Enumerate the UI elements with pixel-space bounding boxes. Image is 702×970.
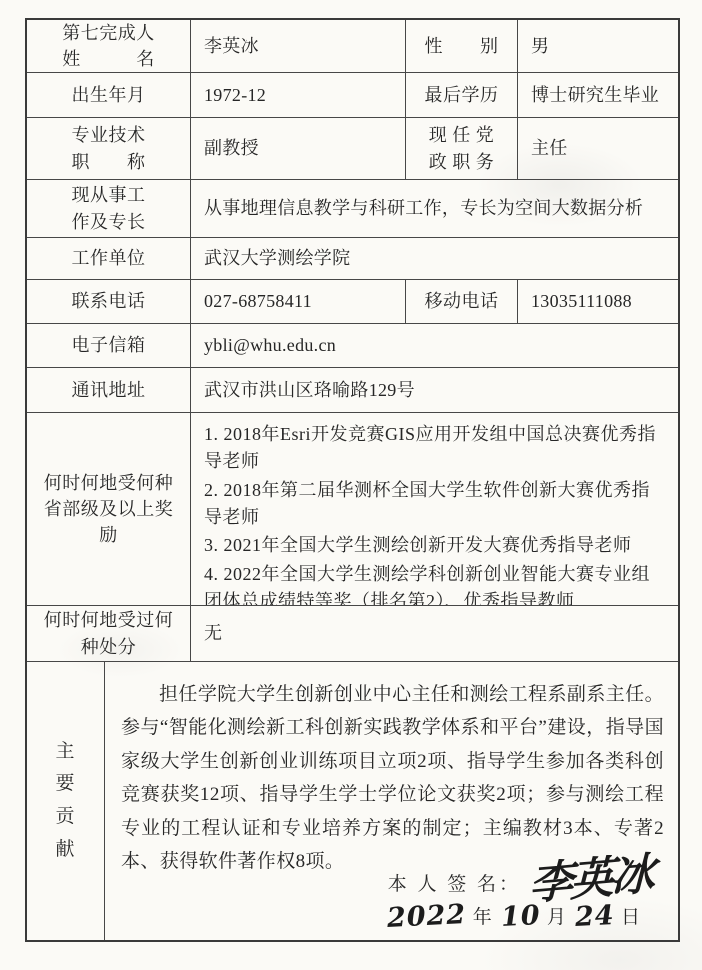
current-work-label: 现从事工 作及专长	[27, 180, 191, 237]
education-label: 最后学历	[406, 73, 518, 117]
name-value: 李英冰	[191, 20, 406, 72]
award-item-2: 2. 2018年第二届华测杯全国大学生软件创新大赛优秀指导老师	[204, 477, 668, 532]
day-unit: 日	[621, 907, 642, 928]
row-discipline: 何时何地受过何 种处分 无	[27, 606, 678, 662]
contribution-value: 担任学院大学生创新创业中心主任和测绘工程系副系主任。参与“智能化测绘新工科创新实…	[105, 662, 678, 940]
signature-line: 本 人 签 名： 李英冰	[387, 844, 652, 898]
signature-label: 本 人 签 名：	[388, 871, 521, 899]
education-value: 博士研究生毕业	[518, 73, 678, 117]
phone-label: 联系电话	[27, 280, 191, 323]
party-post-label: 现 任 党 政 职 务	[406, 118, 518, 179]
contribution-label: 主 要 贡 献	[27, 662, 105, 940]
address-value: 武汉市洪山区珞喻路129号	[191, 368, 678, 412]
party-post-value: 主任	[518, 118, 678, 179]
awards-value: 1. 2018年Esri开发竞赛GIS应用开发组中国总决赛优秀指导老师 2. 2…	[191, 413, 678, 605]
row-phone: 联系电话 027-68758411 移动电话 13035111088	[27, 280, 678, 324]
phone-value: 027-68758411	[191, 280, 406, 323]
signature-block: 本 人 签 名： 李英冰 2022 年 10 月 24 日	[387, 844, 652, 932]
row-current-work: 现从事工 作及专长 从事地理信息教学与科研工作，专长为空间大数据分析	[27, 180, 678, 238]
gender-label: 性 别	[406, 20, 518, 72]
awards-label: 何时何地受何种 省部级及以上奖 励	[27, 413, 191, 605]
gender-value: 男	[518, 20, 678, 72]
row-contribution: 主 要 贡 献 担任学院大学生创新创业中心主任和测绘工程系副系主任。参与“智能化…	[27, 662, 678, 940]
row-birth: 出生年月 1972-12 最后学历 博士研究生毕业	[27, 73, 678, 118]
row-email: 电子信箱 ybli@whu.edu.cn	[27, 324, 678, 368]
handwritten-day: 24	[574, 902, 615, 931]
employer-label: 工作单位	[27, 238, 191, 279]
employer-value: 武汉大学测绘学院	[191, 238, 678, 279]
award-item-3: 3. 2021年全国大学生测绘创新开发大赛优秀指导老师	[204, 532, 668, 559]
award-item-1: 1. 2018年Esri开发竞赛GIS应用开发组中国总决赛优秀指导老师	[204, 421, 668, 476]
month-unit: 月	[547, 907, 568, 928]
mobile-label: 移动电话	[406, 280, 518, 323]
row-title: 专业技术 职 称 副教授 现 任 党 政 职 务 主任	[27, 118, 678, 180]
personnel-form-table: 第七完成人 姓 名 李英冰 性 别 男 出生年月 1972-12 最后学历 博士…	[25, 18, 680, 942]
row-employer: 工作单位 武汉大学测绘学院	[27, 238, 678, 280]
current-work-value: 从事地理信息教学与科研工作，专长为空间大数据分析	[191, 180, 678, 237]
name-label: 第七完成人 姓 名	[27, 20, 191, 72]
year-unit: 年	[473, 907, 494, 928]
row-awards: 何时何地受何种 省部级及以上奖 励 1. 2018年Esri开发竞赛GIS应用开…	[27, 413, 678, 606]
email-label: 电子信箱	[27, 324, 191, 367]
row-name: 第七完成人 姓 名 李英冰 性 别 男	[27, 20, 678, 73]
signature-date-line: 2022 年 10 月 24 日	[387, 901, 652, 932]
birth-label: 出生年月	[27, 73, 191, 117]
row-address: 通讯地址 武汉市洪山区珞喻路129号	[27, 368, 678, 413]
handwritten-month: 10	[500, 902, 541, 931]
discipline-label: 何时何地受过何 种处分	[27, 606, 191, 661]
professional-title-label: 专业技术 职 称	[27, 118, 191, 179]
mobile-value: 13035111088	[518, 280, 678, 323]
discipline-value: 无	[191, 606, 678, 661]
award-item-4: 4. 2022年全国大学生测绘学科创新创业智能大赛专业组团体总成绩特等奖（排名第…	[204, 561, 668, 605]
handwritten-signature: 李英冰	[529, 853, 652, 908]
birth-value: 1972-12	[191, 73, 406, 117]
handwritten-year: 2022	[386, 901, 466, 932]
address-label: 通讯地址	[27, 368, 191, 412]
professional-title-value: 副教授	[191, 118, 406, 179]
email-value: ybli@whu.edu.cn	[191, 324, 678, 367]
